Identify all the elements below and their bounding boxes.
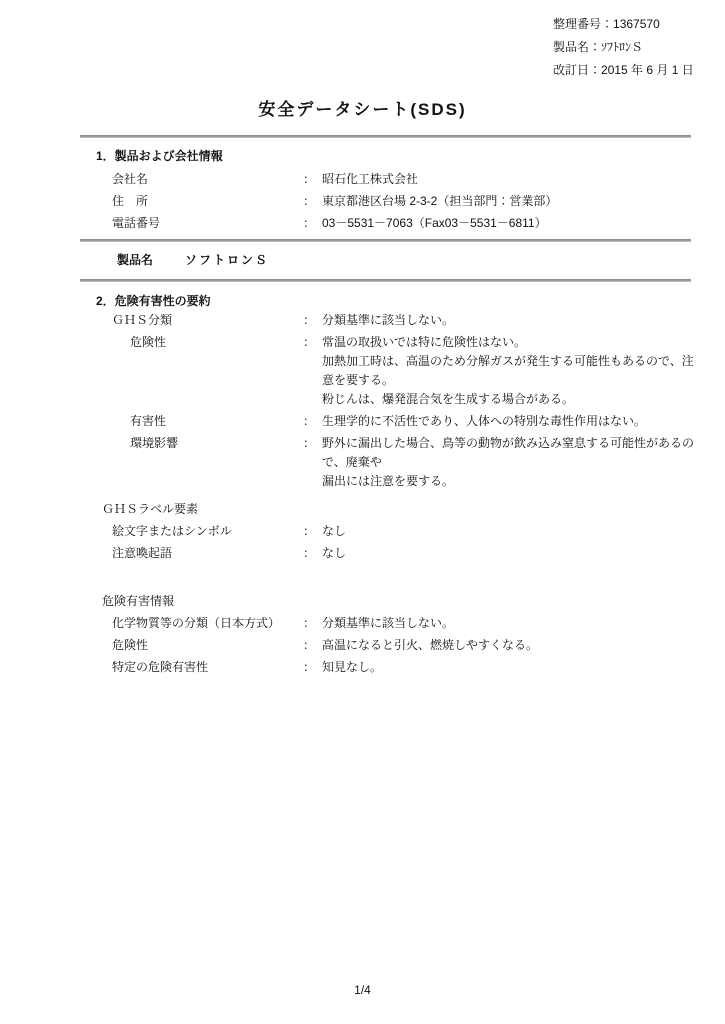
hazard-info-subheading: 危険有害情報 (102, 592, 725, 611)
divider (80, 279, 691, 282)
meta-separator: ： (601, 17, 613, 31)
field-label: 注意喚起語 (112, 544, 172, 563)
product-label: 製品名 (117, 251, 153, 270)
meta-value: 1367570 (613, 17, 660, 31)
field-label: 危険性 (130, 333, 166, 352)
field-colon: ： (303, 614, 315, 633)
section-1-heading: 1．製品および会社情報 (96, 147, 725, 166)
spacer (0, 566, 725, 592)
meta-label: 製品名 (553, 40, 589, 54)
field-value: なし (322, 522, 705, 541)
pictogram-row: 絵文字またはシンボル ： なし (0, 522, 725, 541)
phone-row: 電話番号 ： 03－5531－7063（Fax03－5531－6811） (0, 214, 725, 233)
document-meta-block: 整理番号：1367570 製品名：ｿﾌﾄﾛﾝＳ 改訂日：2015 年 6 月 1… (553, 13, 694, 82)
environmental-impact-row: 環境影響 ： 野外に漏出した場合、鳥等の動物が飲み込み窒息する可能性があるので、… (0, 434, 725, 491)
field-colon: ： (303, 311, 315, 330)
section-company-info: 1．製品および会社情報 会社名 ： 昭石化工株式会社 住 所 ： 東京都港区台場… (0, 147, 725, 233)
meta-row-reference-number: 整理番号：1367570 (553, 13, 694, 36)
field-value: 分類基準に該当しない。 (322, 614, 705, 633)
field-value: なし (322, 544, 705, 563)
section-hazard-summary: 2．危険有害性の要約 ＧＨＳ分類 ： 分類基準に該当しない。 危険性 ： 常温の… (0, 292, 725, 677)
value-line: 加熱加工時は、高温のため分解ガスが発生する可能性もあるので、注意を要する。 (322, 352, 705, 390)
field-label: 特定の危険有害性 (112, 658, 208, 677)
field-label: 電話番号 (112, 214, 160, 233)
field-colon: ： (303, 434, 315, 453)
meta-separator: ： (589, 40, 601, 54)
field-value: 常温の取扱いでは特に危険性はない。 加熱加工時は、高温のため分解ガスが発生する可… (322, 333, 705, 409)
meta-value: ｿﾌﾄﾛﾝＳ (601, 40, 643, 54)
field-colon: ： (303, 658, 315, 677)
value-line: 常温の取扱いでは特に危険性はない。 (322, 333, 705, 352)
company-name-row: 会社名 ： 昭石化工株式会社 (0, 170, 725, 189)
sds-document-page: 整理番号：1367570 製品名：ｿﾌﾄﾛﾝＳ 改訂日：2015 年 6 月 1… (0, 0, 725, 1024)
meta-value: 2015 年 6 月 1 日 (601, 63, 694, 77)
field-colon: ： (303, 522, 315, 541)
field-value: 高温になると引火、燃焼しやすくなる。 (322, 636, 705, 655)
page-number: 1/4 (0, 983, 725, 997)
field-value: 東京都港区台場 2-3-2（担当部門：営業部） (322, 192, 705, 211)
field-value: 生理学的に不活性であり、人体への特別な毒性作用はない。 (322, 412, 705, 431)
field-colon: ： (303, 412, 315, 431)
field-colon: ： (303, 170, 315, 189)
japan-classification-row: 化学物質等の分類（日本方式） ： 分類基準に該当しない。 (0, 614, 725, 633)
field-value: 昭石化工株式会社 (322, 170, 705, 189)
field-colon: ： (303, 333, 315, 352)
specific-hazard-row: 特定の危険有害性 ： 知見なし。 (0, 658, 725, 677)
field-value: 03－5531－7063（Fax03－5531－6811） (322, 214, 705, 233)
physical-hazard-row: 危険性 ： 常温の取扱いでは特に危険性はない。 加熱加工時は、高温のため分解ガス… (0, 333, 725, 409)
field-value: 知見なし。 (322, 658, 705, 677)
field-colon: ： (303, 636, 315, 655)
meta-separator: ： (589, 63, 601, 77)
meta-row-product-name: 製品名：ｿﾌﾄﾛﾝＳ (553, 36, 694, 59)
value-line: 生理学的に不活性であり、人体への特別な毒性作用はない。 (322, 412, 705, 431)
field-value: 分類基準に該当しない。 (322, 311, 705, 330)
flammability-row: 危険性 ： 高温になると引火、燃焼しやすくなる。 (0, 636, 725, 655)
field-label: ＧＨＳ分類 (112, 311, 172, 330)
value-line: 漏出には注意を要する。 (322, 472, 705, 491)
address-row: 住 所 ： 東京都港区台場 2-3-2（担当部門：営業部） (0, 192, 725, 211)
ghs-label-elements-subheading: ＧＨＳラベル要素 (102, 500, 725, 519)
meta-label: 改訂日 (553, 63, 589, 77)
field-colon: ： (303, 214, 315, 233)
field-label: 住 所 (112, 192, 148, 211)
value-line: 分類基準に該当しない。 (322, 311, 705, 330)
field-label: 絵文字またはシンボル (112, 522, 232, 541)
field-label: 化学物質等の分類（日本方式） (112, 614, 280, 633)
divider (80, 135, 691, 138)
field-value: 野外に漏出した場合、鳥等の動物が飲み込み窒息する可能性があるので、廃棄や 漏出に… (322, 434, 705, 491)
meta-row-revision-date: 改訂日：2015 年 6 月 1 日 (553, 59, 694, 82)
ghs-classification-row: ＧＨＳ分類 ： 分類基準に該当しない。 (0, 311, 725, 330)
meta-label: 整理番号 (553, 17, 601, 31)
field-colon: ： (303, 544, 315, 563)
field-label: 環境影響 (130, 434, 178, 453)
field-colon: ： (303, 192, 315, 211)
field-label: 会社名 (112, 170, 148, 189)
signal-word-row: 注意喚起語 ： なし (0, 544, 725, 563)
product-value: ソフトロンＳ (185, 251, 725, 270)
value-line: 野外に漏出した場合、鳥等の動物が飲み込み窒息する可能性があるので、廃棄や (322, 434, 705, 472)
product-name-banner: 製品名 ソフトロンＳ (0, 242, 725, 279)
value-line: 粉じんは、爆発混合気を生成する場合がある。 (322, 390, 705, 409)
field-label: 有害性 (130, 412, 166, 431)
health-hazard-row: 有害性 ： 生理学的に不活性であり、人体への特別な毒性作用はない。 (0, 412, 725, 431)
field-label: 危険性 (112, 636, 148, 655)
section-2-heading: 2．危険有害性の要約 (96, 292, 725, 311)
